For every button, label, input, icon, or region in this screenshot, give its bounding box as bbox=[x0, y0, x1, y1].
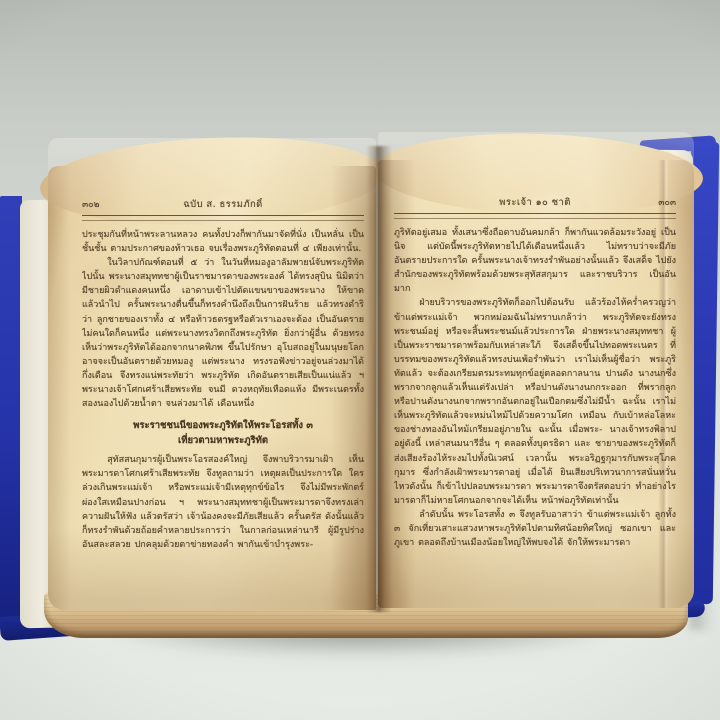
left-page-header: ๓๐๒ ฉบับ ส. ธรรมภักดิ์ bbox=[82, 198, 364, 212]
right-header-rule bbox=[394, 213, 676, 219]
paragraph: ฝ่ายบริวารของพระภูริทัตก็ออกไปต้อนรับ แล… bbox=[394, 296, 676, 507]
right-page-number: ๓๐๓ bbox=[642, 197, 676, 210]
right-running-header: พระเจ้า ๑๐ ชาติ bbox=[428, 196, 642, 209]
paragraph: ประชุมกันที่หน้าพระลานหลวง คนทั้งปวงก็พา… bbox=[82, 228, 364, 256]
book-gutter bbox=[366, 146, 392, 612]
paragraph: ภูริทัตอยู่เสมอ ทั้งเสนาซึ่งถือดาบอันคมก… bbox=[394, 226, 676, 296]
right-page-header: พระเจ้า ๑๐ ชาติ ๓๐๓ bbox=[394, 196, 676, 210]
right-page-text-block: พระเจ้า ๑๐ ชาติ ๓๐๓ ภูริทัตอยู่เสมอ ทั้ง… bbox=[394, 196, 676, 596]
photo-background: ๓๐๒ ฉบับ ส. ธรรมภักดิ์ ประชุมกันที่หน้าพ… bbox=[0, 0, 720, 720]
book-cover-left-edge bbox=[0, 196, 22, 632]
paragraph: ลำดับนั้น พระโอรสทั้ง ๓ จึงทูลรับอาสาว่า… bbox=[394, 508, 676, 550]
left-page-text-block: ๓๐๒ ฉบับ ส. ธรรมภักดิ์ ประชุมกันที่หน้าพ… bbox=[82, 198, 364, 596]
section-heading-line-1: พระราชชนนีของพระภูริทัตให้พระโอรสทั้ง ๓ bbox=[82, 418, 364, 433]
left-header-rule bbox=[82, 215, 364, 221]
right-page: พระเจ้า ๑๐ ชาติ ๓๐๓ ภูริทัตอยู่เสมอ ทั้ง… bbox=[378, 160, 694, 608]
section-heading-line-2: เที่ยวตามหาพระภูริทัต bbox=[82, 433, 364, 448]
paragraph: สุทัสสนกุมารผู้เป็นพระโอรสองค์ใหญ่ จึงพา… bbox=[82, 453, 364, 552]
section-heading: พระราชชนนีของพระภูริทัตให้พระโอรสทั้ง ๓ … bbox=[82, 418, 364, 448]
paragraph: ในวิลาปกัณฑ์ตอนที่ ๕ ว่า ในวันที่หมองูอา… bbox=[82, 256, 364, 411]
left-running-header: ฉบับ ส. ธรรมภักดิ์ bbox=[116, 198, 330, 211]
left-page-number: ๓๐๒ bbox=[82, 199, 116, 212]
left-page: ๓๐๒ ฉบับ ส. ธรรมภักดิ์ ประชุมกันที่หน้าพ… bbox=[48, 166, 376, 610]
